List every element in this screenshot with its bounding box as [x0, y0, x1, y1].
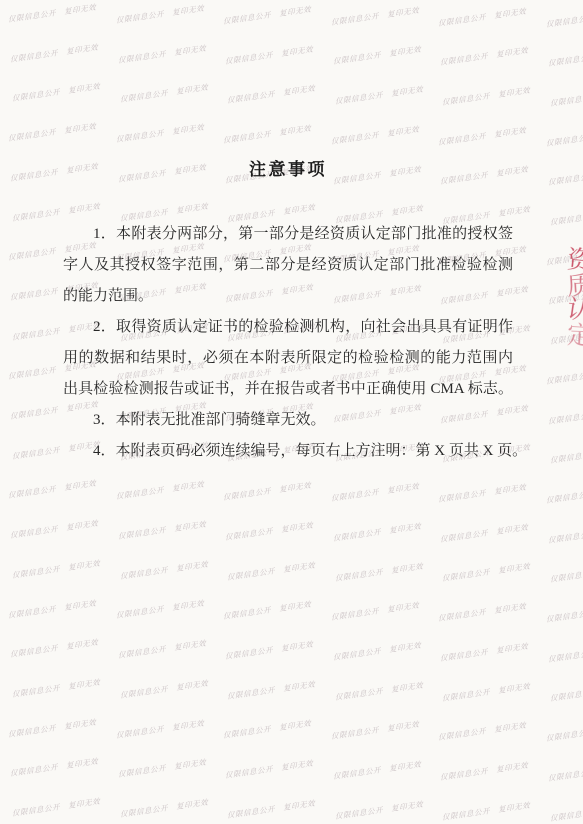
watermark-text: 仅限信息公开 复印无效: [115, 479, 204, 502]
watermark-text: 仅限信息公开 复印无效: [12, 557, 101, 580]
watermark-text: 仅限信息公开 复印无效: [545, 125, 583, 148]
watermark-text: 仅限信息公开 复印无效: [330, 481, 419, 504]
watermark-text: 仅限信息公开 复印无效: [117, 757, 206, 780]
watermark-text: 仅限信息公开 复印无效: [547, 522, 583, 545]
watermark-text: 仅限信息公开 复印无效: [549, 800, 583, 823]
watermark-text: 仅限信息公开 复印无效: [119, 677, 208, 700]
watermark-text: 仅限信息公开 复印无效: [438, 601, 527, 624]
watermark-text: 仅限信息公开 复印无效: [117, 638, 206, 661]
watermark-text: 仅限信息公开 复印无效: [119, 796, 208, 819]
seal-character-fragment: 资: [566, 248, 583, 276]
watermark-text: 仅限信息公开 复印无效: [332, 639, 421, 662]
watermark-text: 仅限信息公开 复印无效: [438, 5, 527, 28]
watermark-text: 仅限信息公开 复印无效: [438, 124, 527, 147]
watermark-text: 仅限信息公开 复印无效: [223, 480, 312, 503]
watermark-text: 仅限信息公开 复印无效: [119, 82, 208, 105]
watermark-text: 仅限信息公开 复印无效: [330, 123, 419, 146]
watermark-text: 仅限信息公开 复印无效: [440, 759, 529, 782]
notice-line: 用的数据和结果时，必须在本附表所限定的检验检测的能力范围内: [63, 343, 513, 374]
watermark-text: 仅限信息公开 复印无效: [223, 718, 312, 741]
seal-stamp-fragment: 资质认定: [567, 249, 583, 349]
watermark-text: 仅限信息公开 复印无效: [545, 6, 583, 29]
watermark-text: 仅限信息公开 复印无效: [545, 721, 583, 744]
document-page: 仅限信息公开 复印无效仅限信息公开 复印无效仅限信息公开 复印无效仅限信息公开 …: [0, 0, 583, 824]
watermark-text: 仅限信息公开 复印无效: [10, 518, 99, 541]
watermark-text: 仅限信息公开 复印无效: [442, 561, 531, 584]
watermark-text: 仅限信息公开 复印无效: [442, 680, 531, 703]
notice-line: 出具检验检测报告或证书，并在报告或者书中正确使用 CMA 标志。: [63, 374, 513, 405]
notice-line: 3．本附表无批准部门骑缝章无效。: [63, 405, 513, 436]
watermark-text: 仅限信息公开 复印无效: [332, 44, 421, 67]
watermark-text: 仅限信息公开 复印无效: [12, 676, 101, 699]
watermark-text: 仅限信息公开 复印无效: [10, 637, 99, 660]
watermark-text: 仅限信息公开 复印无效: [115, 598, 204, 621]
watermark-text: 仅限信息公开 复印无效: [545, 363, 583, 386]
watermark-text: 仅限信息公开 复印无效: [8, 597, 97, 620]
watermark-text: 仅限信息公开 复印无效: [440, 45, 529, 68]
watermark-text: 仅限信息公开 复印无效: [549, 681, 583, 704]
watermark-text: 仅限信息公开 复印无效: [223, 599, 312, 622]
watermark-text: 仅限信息公开 复印无效: [115, 122, 204, 145]
notice-line: 1．本附表分两部分，第一部分是经资质认定部门批准的授权签: [63, 219, 513, 250]
notice-line: 字人及其授权签字范围，第二部分是经资质认定部门批准检验检测: [63, 250, 513, 281]
watermark-text: 仅限信息公开 复印无效: [225, 519, 314, 542]
watermark-text: 仅限信息公开 复印无效: [334, 84, 423, 107]
notice-line: 2．取得资质认定证书的检验检测机构，向社会出具具有证明作: [63, 312, 513, 343]
watermark-text: 仅限信息公开 复印无效: [227, 83, 316, 106]
watermark-text: 仅限信息公开 复印无效: [545, 602, 583, 625]
watermark-text: 仅限信息公开 复印无效: [117, 519, 206, 542]
watermark-text: 仅限信息公开 复印无效: [332, 759, 421, 782]
watermark-text: 仅限信息公开 复印无效: [547, 760, 583, 783]
watermark-text: 仅限信息公开 复印无效: [225, 758, 314, 781]
notice-line: 4．本附表页码必须连续编号，每页右上方注明：第 X 页共 X 页。: [63, 436, 513, 467]
watermark-text: 仅限信息公开 复印无效: [547, 403, 583, 426]
seal-character-fragment: 定: [566, 323, 583, 350]
watermark-text: 仅限信息公开 复印无效: [8, 478, 97, 501]
watermark-text: 仅限信息公开 复印无效: [440, 521, 529, 544]
watermark-text: 仅限信息公开 复印无效: [227, 797, 316, 820]
watermark-text: 仅限信息公开 复印无效: [223, 122, 312, 145]
watermark-text: 仅限信息公开 复印无效: [547, 165, 583, 188]
watermark-text: 仅限信息公开 复印无效: [8, 716, 97, 739]
watermark-text: 仅限信息公开 复印无效: [10, 756, 99, 779]
watermark-text: 仅限信息公开 复印无效: [547, 641, 583, 664]
watermark-text: 仅限信息公开 复印无效: [549, 205, 583, 228]
watermark-text: 仅限信息公开 复印无效: [330, 719, 419, 742]
notice-body: 1．本附表分两部分，第一部分是经资质认定部门批准的授权签 字人及其授权签字范围，…: [63, 219, 513, 467]
watermark-text: 仅限信息公开 复印无效: [225, 639, 314, 662]
watermark-text: 仅限信息公开 复印无效: [334, 679, 423, 702]
watermark-text: 仅限信息公开 复印无效: [8, 121, 97, 144]
watermark-text: 仅限信息公开 复印无效: [442, 799, 531, 822]
watermark-text: 仅限信息公开 复印无效: [440, 640, 529, 663]
watermark-text: 仅限信息公开 复印无效: [438, 720, 527, 743]
watermark-text: 仅限信息公开 复印无效: [334, 798, 423, 821]
watermark-text: 仅限信息公开 复印无效: [12, 796, 101, 819]
watermark-text: 仅限信息公开 复印无效: [330, 600, 419, 623]
watermark-text: 仅限信息公开 复印无效: [334, 560, 423, 583]
watermark-text: 仅限信息公开 复印无效: [227, 678, 316, 701]
watermark-text: 仅限信息公开 复印无效: [549, 85, 583, 108]
watermark-text: 仅限信息公开 复印无效: [225, 43, 314, 66]
watermark-text: 仅限信息公开 复印无效: [549, 562, 583, 585]
watermark-text: 仅限信息公开 复印无效: [10, 41, 99, 64]
notice-line: 的能力范围。: [63, 281, 513, 312]
watermark-text: 仅限信息公开 复印无效: [330, 4, 419, 27]
watermark-text: 仅限信息公开 复印无效: [545, 482, 583, 505]
watermark-text: 仅限信息公开 复印无效: [8, 2, 97, 25]
watermark-text: 仅限信息公开 复印无效: [442, 85, 531, 108]
seal-character-fragment: 认: [565, 297, 583, 326]
watermark-text: 仅限信息公开 复印无效: [117, 42, 206, 65]
watermark-text: 仅限信息公开 复印无效: [549, 324, 583, 347]
page-title: 注意事项: [63, 158, 513, 182]
watermark-text: 仅限信息公开 复印无效: [438, 482, 527, 505]
watermark-text: 仅限信息公开 复印无效: [545, 244, 583, 267]
watermark-text: 仅限信息公开 复印无效: [547, 284, 583, 307]
watermark-text: 仅限信息公开 复印无效: [12, 81, 101, 104]
watermark-text: 仅限信息公开 复印无效: [547, 46, 583, 69]
watermark-text: 仅限信息公开 复印无效: [119, 558, 208, 581]
watermark-text: 仅限信息公开 复印无效: [115, 2, 204, 25]
watermark-text: 仅限信息公开 复印无效: [549, 443, 583, 466]
watermark-text: 仅限信息公开 复印无效: [227, 559, 316, 582]
seal-character-fragment: 质: [566, 273, 583, 300]
watermark-text: 仅限信息公开 复印无效: [332, 520, 421, 543]
watermark-text: 仅限信息公开 复印无效: [223, 3, 312, 26]
watermark-text: 仅限信息公开 复印无效: [115, 717, 204, 740]
